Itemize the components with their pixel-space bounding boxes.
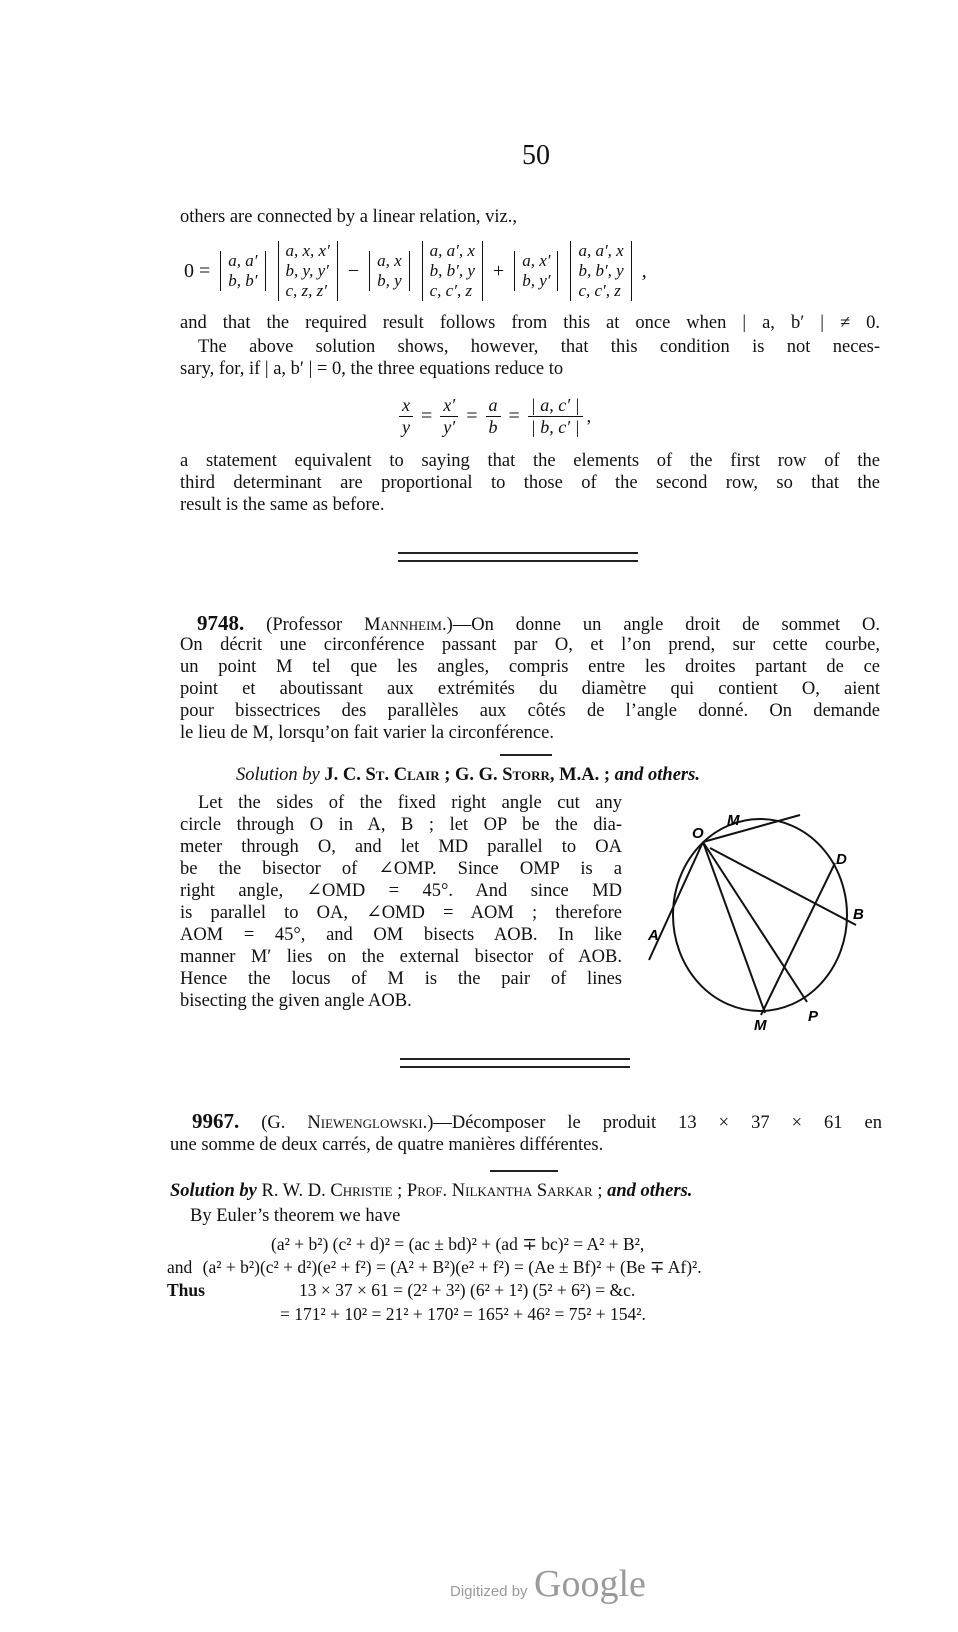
numerator: a — [486, 395, 501, 417]
determinant-equation: 0 = a, a′ b, b′ a, x, x′ b, y, y′ c, z, … — [180, 236, 900, 306]
line-end: en — [865, 1113, 882, 1133]
problem-9967-header: 9967. (G. Niewenglowski.)—Décomposer le … — [170, 1110, 882, 1156]
determinant-5: a, x′ b, y′ — [514, 251, 558, 291]
line-MD — [761, 863, 835, 1015]
det-row: a, x′ — [522, 251, 550, 271]
label-P: P — [808, 1008, 819, 1025]
circle — [673, 819, 847, 1011]
fraction-x-prime: x′y′ — [440, 395, 458, 438]
label-B: B — [853, 906, 864, 923]
problem-author: Mannheim — [364, 615, 442, 635]
equation-text: (a² + b²)(c² + d²)(e² + f²) = (A² + B²)(… — [203, 1257, 702, 1277]
problem-9748-line: pour bissectrices des parallèles aux côt… — [180, 700, 880, 722]
solution-label: Solution by — [170, 1181, 257, 1201]
euler-equation-4: = 171² + 10² = 21² + 170² = 165² + 46² =… — [280, 1303, 958, 1325]
line-OM-prime — [703, 842, 765, 1013]
page-number: 50 — [0, 140, 958, 172]
denominator: y′ — [440, 417, 458, 438]
ratio-equation: xy = x′y′ = ab = | a, c′ || b, c′ | , — [395, 386, 591, 446]
determinant-4: a, a′, x b, b′, y c, c′, z — [422, 241, 483, 301]
solution-line: Let the sides of the fixed right angle c… — [180, 792, 622, 814]
fraction-x-y: xy — [399, 395, 413, 438]
det-row: a, x, x′ — [286, 241, 330, 261]
label-M-bottom: M — [754, 1017, 767, 1030]
euler-equation-3: Thus 13 × 37 × 61 = (2² + 3²) (6² + 1²) … — [167, 1279, 887, 1301]
label-O: O — [692, 825, 704, 842]
problem-9748-line: point et aboutissant aux extrémités du d… — [180, 678, 880, 700]
solution-line: right angle, ∠OMD = 45°. And since MD — [180, 880, 622, 902]
det-row: b, b′, y — [578, 261, 623, 281]
problem-9748-line: On décrit une circonférence passant par … — [180, 634, 880, 656]
equals-sign: = — [509, 405, 520, 428]
determinant-1: a, a′ b, b′ — [220, 251, 265, 291]
problem-text-start: .)—Décomposer le produit — [423, 1113, 657, 1133]
problem-9748-line: le lieu de M, lorsqu’on fait varier la c… — [180, 722, 880, 744]
label-M-top: M — [727, 812, 740, 829]
author-open: (G. — [261, 1113, 285, 1133]
det-row: b, y — [377, 271, 402, 291]
minus-sign: − — [348, 260, 359, 283]
solution-line: manner M′ lies on the external bisector … — [180, 946, 622, 968]
product-expression: 13 × 37 × 61 — [678, 1113, 842, 1133]
solution-intro: By Euler’s theorem we have — [190, 1205, 890, 1227]
problem-9967-line-2: une somme de deux carrés, de quatre mani… — [170, 1134, 882, 1156]
numerator: x — [399, 395, 413, 417]
solution-by-9748: Solution by J. C. St. Clair ; G. G. Stor… — [236, 764, 876, 786]
solvers: J. C. St. Clair ; G. G. Storr, M.A. ; — [324, 765, 610, 785]
solution-line: be the bisector of ∠OMP. Since OMP is a — [180, 858, 622, 880]
denominator: | b, c′ | — [528, 417, 583, 438]
equation-lhs: 0 = — [184, 260, 210, 283]
solution-line: bisecting the given angle AOB. — [180, 990, 622, 1012]
solution-line: circle through O in A, B ; let OP be the… — [180, 814, 622, 836]
author-open: (Professor — [266, 615, 342, 635]
label-D: D — [836, 851, 847, 868]
fraction-determinants: | a, c′ || b, c′ | — [528, 395, 583, 438]
intro-line-3: The above solution shows, however, that … — [180, 336, 880, 358]
short-rule — [500, 754, 552, 756]
intro-line-5: a statement equivalent to saying that th… — [180, 450, 880, 472]
det-row: c, z, z′ — [286, 281, 330, 301]
intro-line-2: and that the required result follows fro… — [180, 312, 880, 334]
det-row: a, x — [377, 251, 402, 271]
trailing-comma: , — [587, 406, 592, 427]
problem-number: 9748. — [180, 611, 244, 635]
digitized-by-google-watermark: Digitized by Google — [450, 1562, 646, 1606]
det-row: a, a′, x — [578, 241, 623, 261]
det-row: c, c′, z — [578, 281, 623, 301]
fraction-a-b: ab — [486, 395, 501, 438]
solution-line: AOM = 45°, and OM bisects AOB. In like — [180, 924, 622, 946]
problem-number: 9967. — [170, 1109, 239, 1133]
section-divider — [400, 1058, 630, 1068]
det-row: c, c′, z — [430, 281, 475, 301]
section-divider — [398, 552, 638, 562]
google-logo: Google — [534, 1563, 646, 1605]
plus-sign: + — [493, 260, 504, 283]
problem-9748-header: 9748. (Professor Mannheim.)—On donne un … — [180, 612, 880, 636]
denominator: y — [399, 417, 413, 438]
and-others: and others. — [615, 765, 700, 785]
short-rule — [490, 1170, 558, 1172]
solution-9748-body: Let the sides of the fixed right angle c… — [180, 792, 622, 1012]
intro-line-7: result is the same as before. — [180, 494, 880, 516]
solution-line: is parallel to OA, ∠OMD = AOM ; therefor… — [180, 902, 622, 924]
and-label: and — [167, 1257, 192, 1277]
det-row: b, b′ — [228, 271, 257, 291]
determinant-2: a, x, x′ b, y, y′ c, z, z′ — [278, 241, 338, 301]
solution-by-9967: Solution by R. W. D. Christie ; Prof. Ni… — [170, 1180, 882, 1202]
euler-equation-1: (a² + b²) (c² + d)² = (ac ± bd)² + (ad ∓… — [271, 1233, 958, 1255]
det-row: a, a′ — [228, 251, 257, 271]
problem-9748-line: un point M tel que les angles, compris e… — [180, 656, 880, 678]
intro-line-6: third determinant are proportional to th… — [180, 472, 880, 494]
digitized-by-text: Digitized by — [450, 1583, 528, 1600]
intro-line-4: sary, for, if | a, b′ | = 0, the three e… — [180, 358, 880, 380]
det-row: b, y′ — [522, 271, 550, 291]
circle-diagram: O M D B A P M — [640, 800, 870, 1030]
equals-sign: = — [466, 405, 477, 428]
and-others: and others. — [607, 1181, 692, 1201]
numerator: x′ — [440, 395, 458, 417]
line-OP — [703, 842, 807, 1002]
problem-author: Niewenglowski — [307, 1113, 422, 1133]
solution-label: Solution by — [236, 765, 320, 785]
solution-line: Hence the locus of M is the pair of line… — [180, 968, 622, 990]
trailing-comma: , — [642, 260, 647, 283]
determinant-3: a, x b, y — [369, 251, 410, 291]
problem-text-start: .)—On donne un angle droit de sommet O. — [442, 615, 880, 635]
euler-equation-2: and (a² + b²)(c² + d²)(e² + f²) = (A² + … — [167, 1256, 887, 1278]
det-row: a, a′, x — [430, 241, 475, 261]
det-row: b, y, y′ — [286, 261, 330, 281]
intro-line-1: others are connected by a linear relatio… — [180, 206, 880, 228]
denominator: b — [486, 417, 501, 438]
thus-label: Thus — [167, 1280, 205, 1300]
equation-text: 13 × 37 × 61 = (2² + 3²) (6² + 1²) (5² +… — [299, 1279, 635, 1301]
det-row: b, b′, y — [430, 261, 475, 281]
numerator: | a, c′ | — [528, 395, 583, 417]
determinant-6: a, a′, x b, b′, y c, c′, z — [570, 241, 631, 301]
solvers: R. W. D. Christie ; Prof. Nilkantha Sark… — [262, 1181, 603, 1201]
label-A: A — [647, 927, 659, 944]
equals-sign: = — [421, 405, 432, 428]
solution-line: meter through O, and let MD parallel to … — [180, 836, 622, 858]
